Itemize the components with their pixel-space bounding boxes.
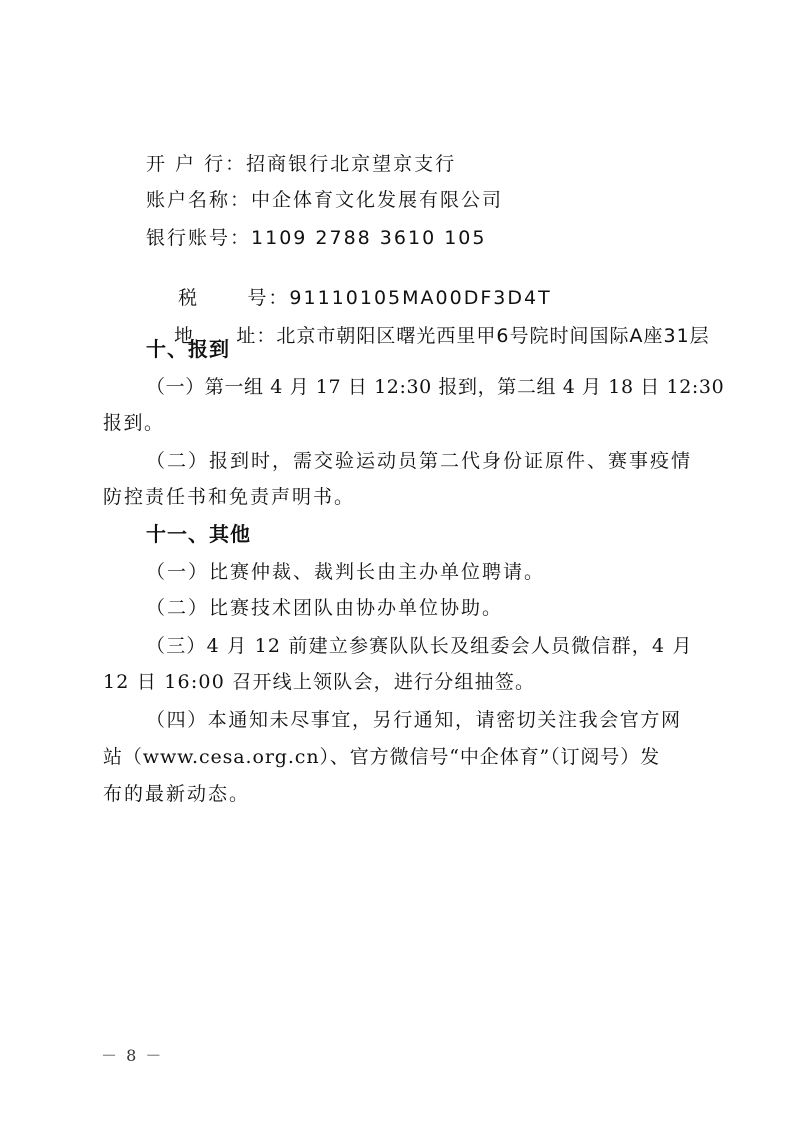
section-title-other: 十一、其他 xyxy=(146,522,251,546)
bank-row-label: 银行账号： xyxy=(146,226,251,250)
paragraph-line: 防控责任书和免责声明书。 xyxy=(103,485,355,509)
page-number: － 8 － xyxy=(101,1043,163,1066)
bank-row-account-name: 账户名称：中企体育文化发展有限公司 xyxy=(146,188,503,212)
bank-row-address: 地 址：北京市朝阳区曙光西里甲6号院时间国际A座31层 xyxy=(146,300,710,372)
bank-row-account-number: 银行账号：1109 2788 3610 105 xyxy=(146,226,486,250)
paragraph-line: 12 日 16:00 召开线上领队会，进行分组抽签。 xyxy=(103,670,535,694)
paragraph-line: （四）本通知未尽事宜，另行通知，请密切关注我会官方网 xyxy=(146,708,682,732)
bank-row-value: 招商银行北京望京支行 xyxy=(246,153,456,175)
paragraph-line: 站（www.cesa.org.cn）、官方微信号“中企体育”（订阅号）发 xyxy=(103,745,660,769)
paragraph-line: （一）比赛仲裁、裁判长由主办单位聘请。 xyxy=(146,560,545,584)
bank-row-value: 中企体育文化发展有限公司 xyxy=(251,189,503,211)
paragraph-line: （三）4 月 12 前建立参赛队队长及组委会人员微信群，4 月 xyxy=(146,634,693,658)
paragraph-line: （二）报到时，需交验运动员第二代身份证原件、赛事疫情 xyxy=(146,449,692,473)
bank-row-label: 账户名称： xyxy=(146,188,251,212)
bank-row-label: 开 户 行： xyxy=(146,152,246,176)
paragraph-line: 报到。 xyxy=(103,411,165,435)
paragraph-line: 布的最新动态。 xyxy=(103,782,250,806)
paragraph-line: （二）比赛技术团队由协办单位协助。 xyxy=(146,596,503,620)
bank-row-value: 北京市朝阳区曙光西里甲6号院时间国际A座31层 xyxy=(276,325,709,347)
bank-row-value: 1109 2788 3610 105 xyxy=(251,227,486,249)
paragraph-line: （一）第一组 4 月 17 日 12:30 报到，第二组 4 月 18 日 12… xyxy=(146,375,724,399)
section-title-registration: 十、报到 xyxy=(146,337,230,361)
bank-row-branch: 开 户 行：招商银行北京望京支行 xyxy=(146,152,456,176)
